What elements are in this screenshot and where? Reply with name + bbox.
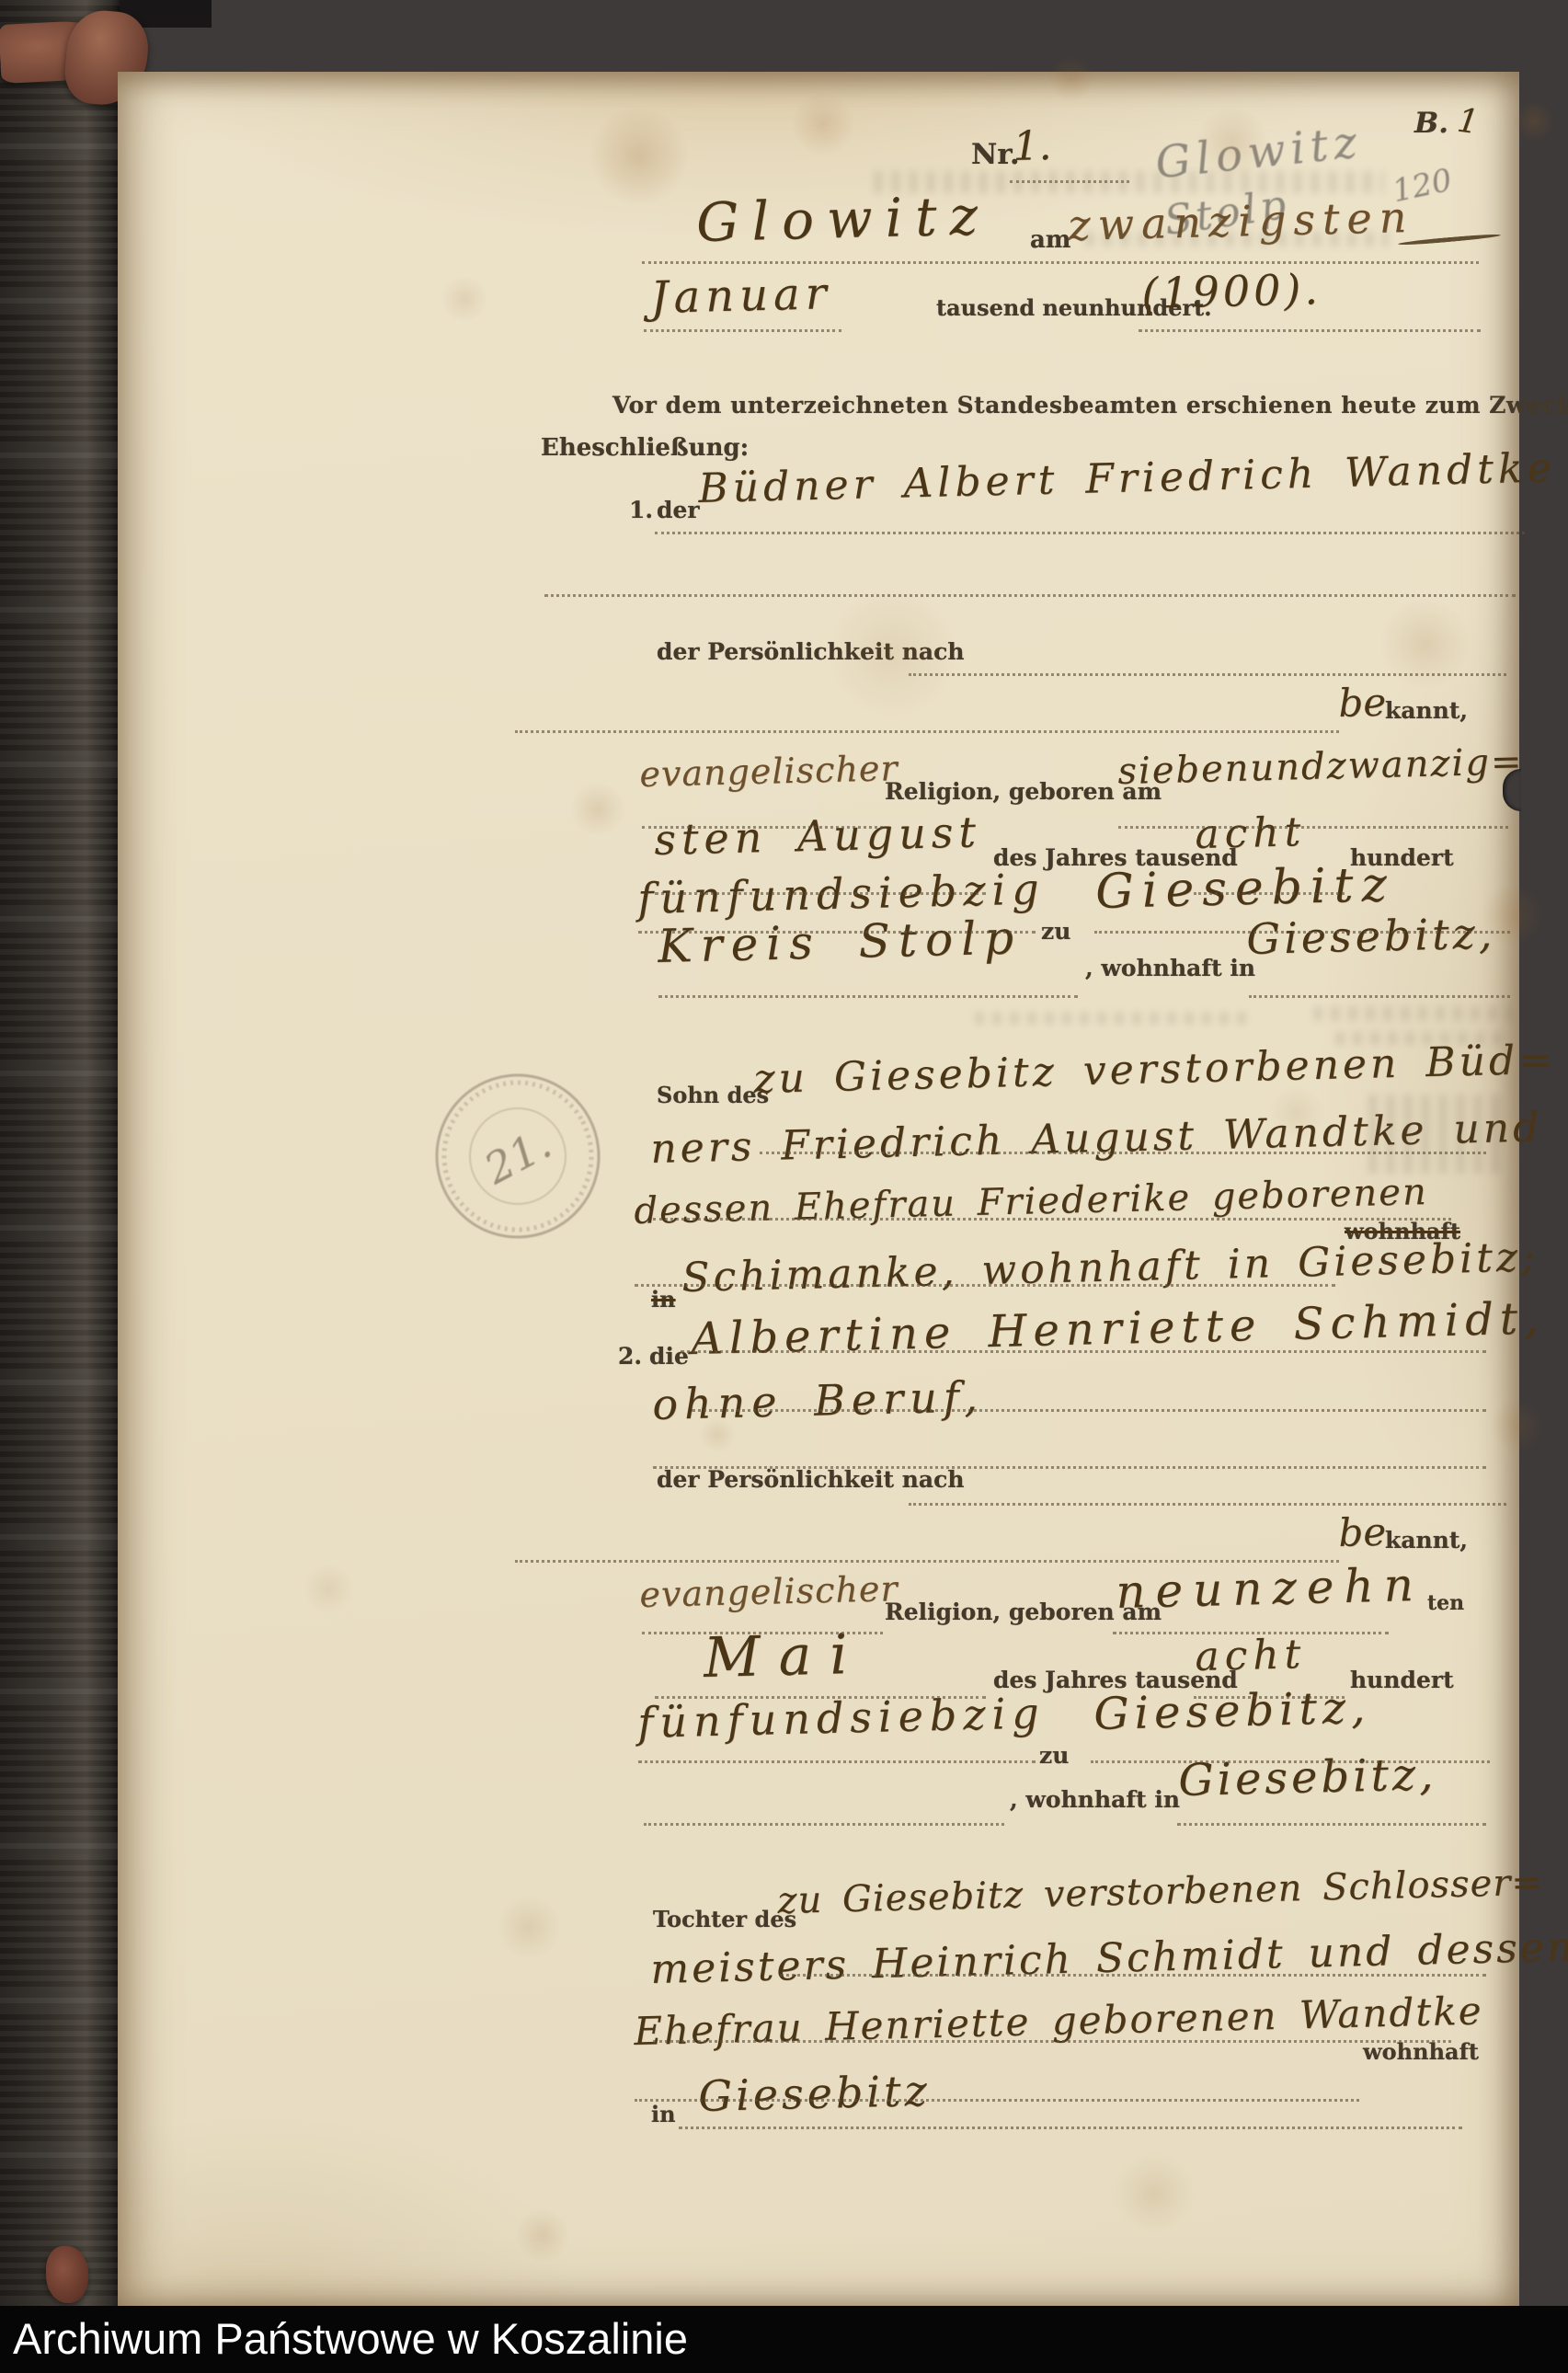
bride-article: die (649, 1343, 689, 1370)
dotted-rule (642, 826, 883, 829)
foxing-spot (1113, 2152, 1196, 2235)
groom-year-hand: acht (1195, 808, 1307, 858)
bride-filiation-line4: Giesebitz (698, 2066, 932, 2121)
registry-page-scan: Nr. 1. B. 1 Glowitz Stolp 120 Glowitz am… (0, 0, 1568, 2373)
foxing-spot (1048, 55, 1094, 101)
foxing-spot (699, 1416, 736, 1453)
dotted-rule (1091, 1760, 1490, 1763)
foxing-spot (441, 276, 487, 322)
bride-ten-suffix: ten (1427, 1591, 1464, 1615)
dotted-rule (1177, 1823, 1486, 1826)
foxing-spot (1514, 101, 1554, 142)
ink-bleed-through (1313, 1006, 1511, 1021)
book-spine (0, 0, 120, 2373)
bride-zu-label: zu (1039, 1742, 1069, 1769)
groom-known-printed: kannt, (1385, 697, 1468, 724)
bride-occupation: ohne Beruf, (652, 1371, 985, 1429)
foxing-spot (1269, 1085, 1324, 1141)
dateline-year-numeral: (1900). (1141, 264, 1322, 318)
bride-filiation-label: Tochter des (653, 1906, 796, 1932)
dotted-rule (644, 1823, 1004, 1826)
groom-birth-district: Kreis Stolp (658, 911, 1023, 973)
bride-birth-day: neunzehn (1116, 1558, 1425, 1619)
dotted-rule (658, 995, 1078, 998)
dateline-place-handwritten: Glowitz (695, 184, 990, 254)
dotted-rule (653, 1218, 1451, 1221)
foxing-spot (1196, 106, 1269, 179)
bride-known-handwritten: be (1338, 1509, 1387, 1555)
dotted-rule (653, 2040, 1451, 2043)
bride-birth-place: Giesebitz, (1093, 1682, 1371, 1740)
groom-article: der (657, 497, 700, 523)
dotted-rule (1139, 329, 1481, 332)
foxing-spot (570, 782, 625, 837)
bride-item-number: 2. (618, 1343, 642, 1370)
dotted-rule (1113, 1632, 1389, 1634)
foxing-spot (1490, 1398, 1545, 1453)
groom-known-handwritten: be (1338, 680, 1387, 726)
dotted-rule (655, 1696, 986, 1699)
ink-bleed-through (1335, 1032, 1510, 1045)
groom-zu-label: zu (1041, 918, 1070, 945)
foxing-spot (1481, 883, 1545, 947)
intro-line2: Eheschließung: (541, 434, 749, 462)
groom-filiation-label: Sohn des (657, 1082, 769, 1108)
groom-filiation-in-struck: in (651, 1286, 676, 1313)
ink-bleed-through (1085, 232, 1389, 246)
dotted-rule (515, 730, 1339, 733)
stamp-number: 21. (475, 1118, 559, 1194)
dotted-rule (681, 1350, 1486, 1353)
dotted-rule (644, 329, 841, 332)
foxing-spot (1379, 598, 1471, 690)
bride-identity-label: der Persönlichkeit nach (657, 1466, 965, 1493)
bride-year-hand: acht (1195, 1631, 1307, 1680)
dotted-rule (544, 594, 1516, 597)
dotted-rule (679, 2127, 1462, 2129)
leather-remnant (46, 2246, 88, 2303)
groom-item-number: 1. (629, 497, 653, 523)
dotted-rule (1118, 826, 1508, 829)
intro-line1: Vor dem unterzeichneten Standesbeamten e… (612, 392, 1568, 418)
foxing-spot (497, 1895, 561, 1959)
dotted-rule (642, 1632, 883, 1634)
dotted-rule (515, 1560, 1339, 1563)
groom-religion-handwritten: evangelischer (639, 748, 898, 795)
bride-known-printed: kannt, (1385, 1527, 1468, 1553)
foxing-spot (828, 589, 956, 717)
groom-birth-day2-month: sten August (654, 807, 982, 865)
dotted-rule (1194, 1696, 1345, 1699)
groom-residence: Giesebitz, (1246, 908, 1496, 964)
dotted-rule (635, 1284, 1335, 1287)
foxing-spot (303, 1564, 354, 1614)
archive-name: Archiwum Państwowe w Koszalinie (13, 2313, 688, 2364)
dotted-rule (1194, 892, 1345, 895)
entry-number-handwritten: 1. (1013, 122, 1052, 170)
dotted-rule (642, 261, 1479, 264)
dotted-rule (780, 1974, 1486, 1977)
bride-residence-label: , wohnhaft in (1010, 1786, 1180, 1813)
groom-birth-month: August (796, 807, 981, 861)
archive-watermark-bar: Archiwum Państwowe w Koszalinie (0, 2306, 1568, 2373)
dotted-rule (655, 892, 986, 895)
corner-letter: B. (1414, 107, 1448, 140)
dotted-rule (635, 2099, 1359, 2102)
dateline-am-label: am (1030, 226, 1070, 254)
groom-residence-label: , wohnhaft in (1085, 955, 1255, 981)
groom-birth-place: Giesebitz (1095, 857, 1396, 920)
dotted-rule (909, 1503, 1506, 1506)
dotted-rule (692, 1409, 1486, 1412)
dotted-rule (638, 1760, 1036, 1763)
ink-bleed-through (1368, 1095, 1506, 1174)
dotted-rule (653, 1466, 1486, 1469)
bride-residence: Giesebitz, (1178, 1748, 1437, 1806)
foxing-spot (589, 106, 690, 207)
bride-religion-handwritten: evangelischer (639, 1568, 898, 1615)
dotted-rule (638, 931, 1036, 934)
dotted-rule (655, 532, 1525, 534)
ink-bleed-through (975, 1012, 1251, 1025)
ink-bleed-through (874, 171, 1384, 193)
dotted-rule (1249, 995, 1510, 998)
foxing-spot (791, 92, 855, 156)
groom-birth-day-part2: sten (654, 812, 768, 865)
dateline-month-handwritten: Januar (650, 268, 833, 324)
dotted-rule (1094, 931, 1510, 934)
foxing-spot (515, 2207, 570, 2263)
bride-filiation-in: in (651, 2101, 676, 2127)
